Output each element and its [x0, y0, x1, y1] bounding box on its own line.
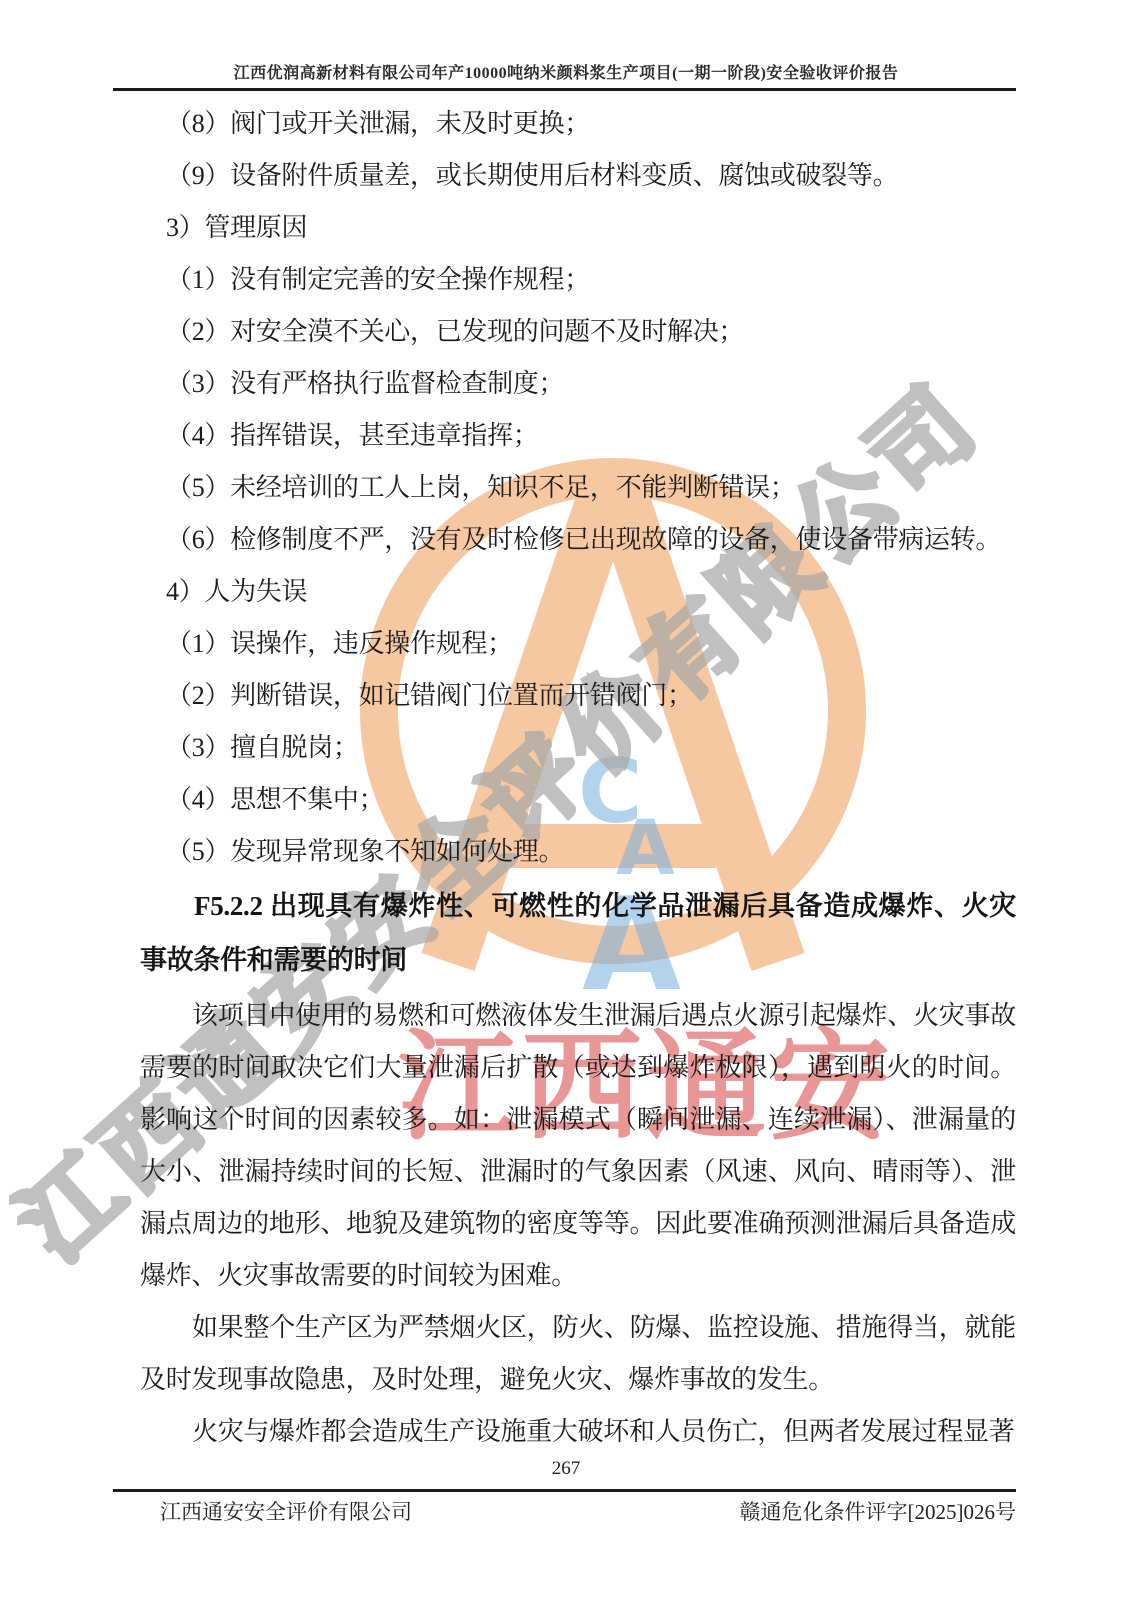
footer-rule [113, 1489, 1016, 1492]
report-header-title: 江西优润高新材料有限公司年产10000吨纳米颜料浆生产项目(一期一阶段)安全验收… [58, 60, 1074, 83]
list-item: （6）检修制度不严，没有及时检修已出现故障的设备，使设备带病运转。 [140, 514, 1016, 566]
paragraph: 该项目中使用的易燃和可燃液体发生泄漏后遇点火源引起爆炸、火灾事故需要的时间取决它… [140, 990, 1016, 1302]
list-item: （2）判断错误，如记错阀门位置而开错阀门； [140, 670, 1016, 722]
list-item: 4）人为失误 [140, 566, 1016, 618]
list-item: （5）发现异常现象不知如何处理。 [140, 826, 1016, 878]
list-item: （3）没有严格执行监督检查制度； [140, 358, 1016, 410]
footer-doc-number: 赣通危化条件评字[2025]026号 [740, 1496, 1017, 1526]
list-item: 3）管理原因 [140, 202, 1016, 254]
paragraph: 火灾与爆炸都会造成生产设施重大破坏和人员伤亡，但两者发展过程显著 [140, 1406, 1016, 1458]
list-item: （2）对安全漠不关心，已发现的问题不及时解决； [140, 306, 1016, 358]
page-body: （8）阀门或开关泄漏，未及时更换； （9）设备附件质量差，或长期使用后材料变质、… [140, 98, 1016, 1458]
list-item: （9）设备附件质量差，或长期使用后材料变质、腐蚀或破裂等。 [140, 150, 1016, 202]
footer-company: 江西通安安全评价有限公司 [140, 1496, 412, 1526]
section-heading: F5.2.2 出现具有爆炸性、可燃性的化学品泄漏后具备造成爆炸、火灾事故条件和需… [140, 879, 1016, 987]
list-item: （4）指挥错误，甚至违章指挥； [140, 410, 1016, 462]
page-number: 267 [0, 1458, 1132, 1480]
document-page: C A A 江西通安安全评价有限公司 江西通安 江西优润高新材料有限公司年产10… [0, 0, 1132, 1600]
list-item: （1）误操作，违反操作规程； [140, 618, 1016, 670]
header-rule [113, 88, 1016, 91]
list-item: （8）阀门或开关泄漏，未及时更换； [140, 98, 1016, 150]
list-item: （5）未经培训的工人上岗，知识不足，不能判断错误； [140, 462, 1016, 514]
list-item: （3）擅自脱岗； [140, 722, 1016, 774]
paragraph: 如果整个生产区为严禁烟火区，防火、防爆、监控设施、措施得当，就能及时发现事故隐患… [140, 1302, 1016, 1406]
page-footer: 江西通安安全评价有限公司 赣通危化条件评字[2025]026号 [140, 1496, 1016, 1526]
list-item: （1）没有制定完善的安全操作规程； [140, 254, 1016, 306]
list-item: （4）思想不集中； [140, 774, 1016, 826]
